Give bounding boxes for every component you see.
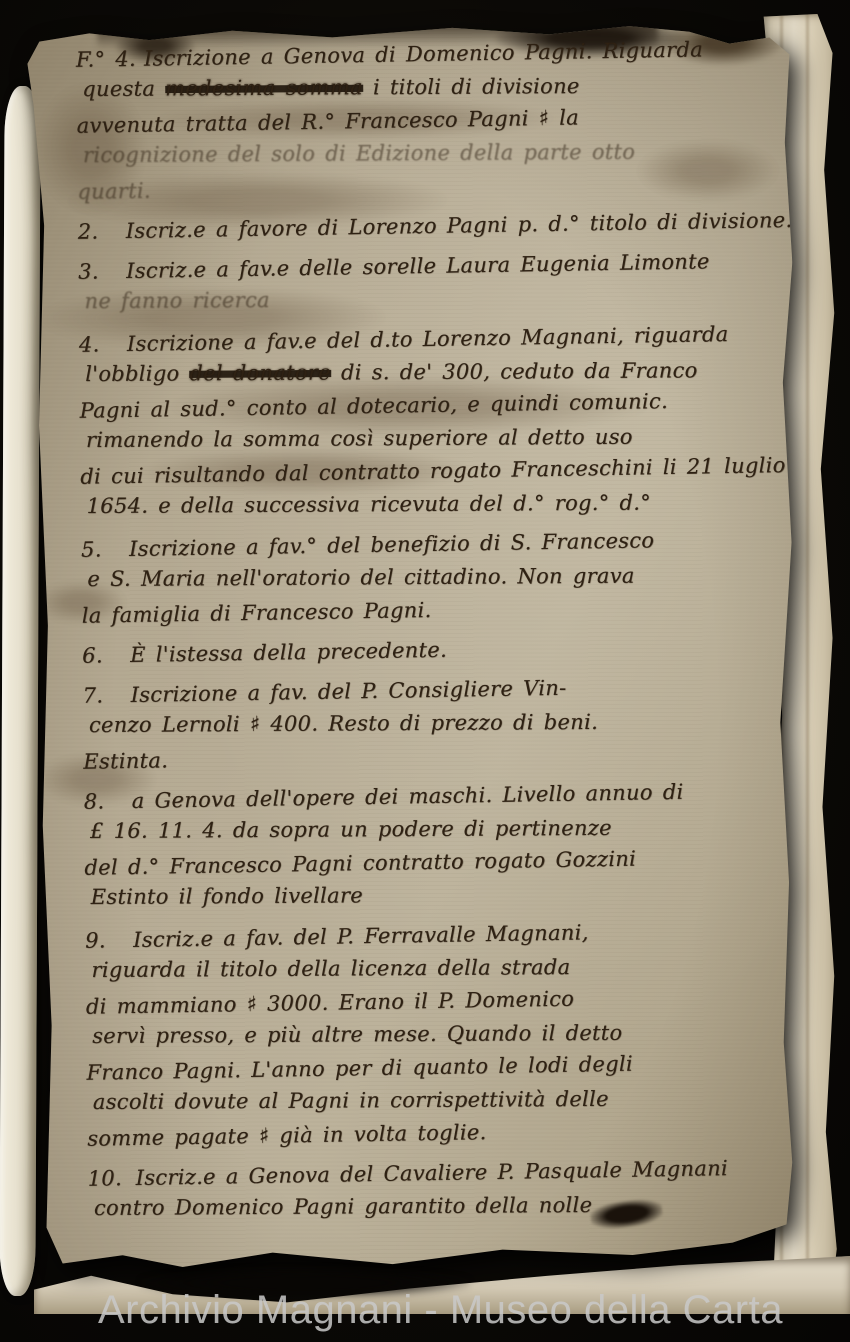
entry-number: 3.: [78, 255, 119, 289]
handwritten-text: del d.° Francesco Pagni contratto rogato…: [84, 847, 636, 880]
handwritten-text: contro Domenico Pagni garantito della no…: [94, 1193, 592, 1220]
manuscript-line: 6.È l'istessa della precedente.: [82, 628, 788, 673]
handwritten-text: Iscriz.e a favore di Lorenzo Pagni p. d.…: [126, 208, 793, 243]
handwritten-text: rimanendo la somma così superiore al det…: [86, 425, 633, 452]
entry-number: 6.: [82, 639, 123, 673]
handwritten-text: riguarda il titolo della licenza della s…: [91, 955, 570, 982]
manuscript-page: F.° 4.Iscrizione a Genova di Domenico Pa…: [30, 24, 802, 1274]
entry-number: 4.: [79, 328, 120, 362]
manuscript-entry: 7.Iscrizione a fav. del P. Consigliere V…: [82, 670, 789, 776]
handwritten-text: cenzo Lernoli ♯ 400. Resto di prezzo di …: [89, 710, 598, 737]
handwritten-text: ne fanno ricerca: [84, 288, 270, 313]
handwritten-text: questa: [82, 77, 165, 102]
handwritten-text: £ 16. 11. 4. da sopra un podere di perti…: [90, 816, 612, 843]
manuscript-line: 2.Iscriz.e a favore di Lorenzo Pagni p. …: [77, 204, 783, 249]
manuscript-entry: 3.Iscriz.e a fav.e delle sorelle Laura E…: [78, 246, 785, 319]
entry-number: 8.: [83, 785, 124, 819]
manuscript-text: F.° 4.Iscrizione a Genova di Domenico Pa…: [76, 34, 794, 1226]
handwritten-text: ascolti dovute al Pagni in corrispettivi…: [93, 1087, 609, 1114]
handwritten-text: l'obbligo: [85, 361, 189, 386]
manuscript-entry: 6.È l'istessa della precedente.: [82, 630, 788, 670]
manuscript-photo: { "watermark": { "text": "Archivio Magna…: [0, 0, 850, 1342]
entry-number: 2.: [77, 215, 118, 249]
handwritten-text: Iscrizione a fav.e del d.to Lorenzo Magn…: [127, 322, 729, 356]
manuscript-entry: 8.a Genova dell'opere dei maschi. Livell…: [84, 776, 791, 915]
struck-text: medesima somma: [165, 75, 363, 100]
handwritten-text: Iscrizione a fav.° del benefizio di S. F…: [129, 528, 655, 561]
handwritten-text: Iscriz.e a fav. del P. Ferravalle Magnan…: [133, 920, 589, 952]
handwritten-text: Pagni al sud.° conto al dotecario, e qui…: [79, 389, 668, 423]
page-edge-crease: [806, 14, 809, 1314]
handwritten-text: di s. de' 300, ceduto da Franco: [331, 358, 698, 384]
handwritten-text: Estinto il fondo livellare: [91, 883, 363, 909]
manuscript-entry: 9.Iscriz.e a fav. del P. Ferravalle Magn…: [85, 915, 793, 1153]
manuscript-entry: 2.Iscriz.e a favore di Lorenzo Pagni p. …: [78, 206, 784, 246]
handwritten-text: di cui risultando dal contratto rogato F…: [80, 453, 786, 489]
entry-number: 7.: [82, 679, 123, 713]
handwritten-text: ricognizione del solo di Edizione della …: [83, 140, 635, 167]
manuscript-entry: 4.Iscrizione a fav.e del d.to Lorenzo Ma…: [79, 319, 787, 524]
entry-number: 9.: [85, 924, 126, 958]
handwritten-text: somme pagate ♯ già in volta toglie.: [87, 1120, 487, 1151]
handwritten-text: Estinta.: [83, 748, 168, 773]
handwritten-text: Iscrizione a fav. del P. Consigliere Vin…: [130, 676, 566, 707]
manuscript-line: Estinto il fondo livellare: [91, 877, 797, 914]
entry-number: 5.: [81, 533, 122, 567]
handwritten-text: Iscriz.e a fav.e delle sorelle Laura Eug…: [126, 249, 710, 283]
manuscript-line: ne fanno ricerca: [84, 281, 790, 318]
handwritten-text: avvenuta tratta del R.° Francesco Pagni …: [76, 105, 579, 137]
handwritten-text: e S. Maria nell'oratorio del cittadino. …: [87, 564, 634, 591]
handwritten-text: i titoli di divisione: [363, 74, 580, 99]
handwritten-text: 1654. e della successiva ricevuta del d.…: [87, 491, 652, 518]
handwritten-text: la famiglia di Francesco Pagni.: [82, 598, 432, 628]
handwritten-text: Iscriz.e a Genova del Cavaliere P. Pasqu…: [135, 1156, 728, 1190]
manuscript-entry: 5.Iscrizione a fav.° del benefizio di S.…: [81, 524, 788, 630]
entry-number: F.° 4.: [76, 43, 137, 77]
handwritten-text: servì presso, e più altre mese. Quando i…: [92, 1021, 622, 1048]
handwritten-text: È l'istessa della precedente.: [130, 638, 447, 667]
manuscript-entry: F.° 4.Iscrizione a Genova di Domenico Pa…: [76, 34, 784, 206]
struck-text: del donatore: [189, 361, 331, 386]
manuscript-line: 1654. e della successiva ricevuta del d.…: [87, 486, 793, 523]
handwritten-text: Franco Pagni. L'anno per di quanto le lo…: [86, 1052, 633, 1085]
entry-number: 10.: [87, 1162, 128, 1196]
manuscript-entry: 10.Iscriz.e a Genova del Cavaliere P. Pa…: [87, 1153, 794, 1226]
handwritten-text: quarti.: [77, 179, 151, 204]
handwritten-text: a Genova dell'opere dei maschi. Livello …: [131, 780, 683, 813]
watermark-text: Archivio Magnani - Museo della Carta: [98, 1288, 783, 1333]
manuscript-line: contro Domenico Pagni garantito della no…: [94, 1188, 800, 1225]
handwritten-text: di mammiano ♯ 3000. Erano il P. Domenico: [86, 987, 575, 1019]
handwritten-text: Iscrizione a Genova di Domenico Pagni. R…: [144, 37, 703, 70]
